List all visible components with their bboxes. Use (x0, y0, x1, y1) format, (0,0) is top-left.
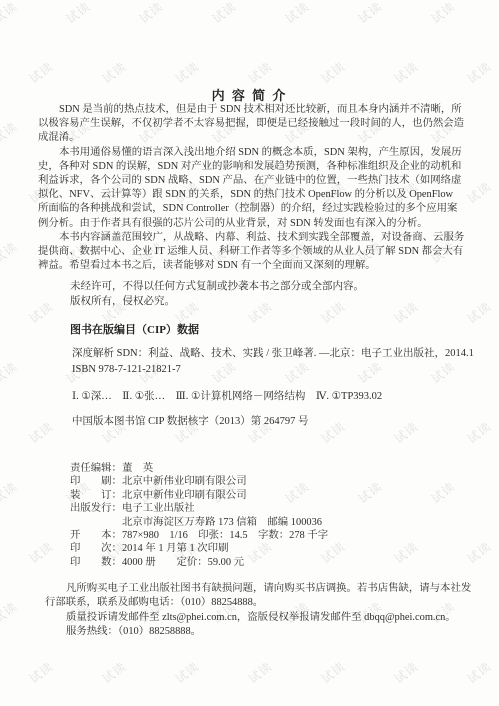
cip-entry: 深度解析 SDN：利益、战略、技术、实践 / 张卫峰著. —北京：电子工业出版社… (72, 346, 474, 377)
summary-line: 裨益。希望看过本书之后，读者能够对 SDN 有一个全面而又深刻的理解。 (38, 259, 464, 273)
cip-entry-line: 深度解析 SDN：利益、战略、技术、实践 / 张卫峰著. —北京：电子工业出版社… (72, 346, 474, 362)
watermark-text: 试读 (0, 118, 20, 147)
watermark-text: 试读 (318, 58, 349, 87)
purchase-notice: 凡所购买电子工业出版社图书有缺损问题，请向购买书店调换。若书店售缺，请与本社发行… (45, 582, 471, 640)
publication-line: 印 刷：北京中新伟业印刷有限公司 (70, 475, 328, 488)
watermark-text: 试读 (391, 298, 422, 327)
watermark-text: 试读 (0, 0, 20, 27)
watermark-text: 试读 (428, 0, 459, 27)
publication-line: 装 订：北京中新伟业印刷有限公司 (70, 489, 328, 502)
summary-line: 例分析。由于作者具有很强的芯片公司的从业背景，对 SDN 转发面也有深入的分析。 (38, 217, 464, 231)
watermark-text: 试读 (0, 478, 20, 507)
watermark-text: 试读 (428, 478, 459, 507)
watermark-text: 试读 (99, 658, 130, 687)
content-summary: SDN 是当前的热点技术，但是由于 SDN 技术相对还比较新，而且本身内涵并不清… (38, 103, 464, 273)
watermark-text: 试读 (391, 658, 422, 687)
cip-classification: Ⅰ. ①深… Ⅱ. ①张… Ⅲ. ①计算机网络－网络结构 Ⅳ. ①TP393.0… (72, 388, 382, 403)
watermark-text: 试读 (245, 58, 276, 87)
watermark-text: 试读 (172, 658, 203, 687)
watermark-text: 试读 (209, 0, 240, 27)
summary-line: 成混淆。 (38, 131, 464, 145)
watermark-text: 试读 (0, 598, 20, 627)
watermark-text: 试读 (63, 0, 94, 27)
watermark-text: 试读 (464, 178, 495, 207)
book-copyright-page: 试读试读试读试读试读试读试读试读试读试读试读试读试读试读试读试读试读试读试读试读… (0, 0, 499, 706)
notice-line: 凡所购买电子工业出版社图书有缺损问题，请向购买书店调换。若书店售缺，请与本社发 (45, 582, 471, 596)
copyright-line: 版权所有，侵权必究。 (70, 295, 364, 310)
summary-line: SDN 是当前的热点技术，但是由于 SDN 技术相对还比较新，而且本身内涵并不清… (38, 103, 464, 117)
publication-line: 出版发行：电子工业出版社 (70, 502, 328, 515)
watermark-text: 试读 (26, 298, 57, 327)
cip-record-number: 中国版本图书馆 CIP 数据核字（2013）第 264797 号 (72, 413, 308, 428)
watermark-text: 试读 (26, 538, 57, 567)
watermark-text: 试读 (26, 658, 57, 687)
watermark-text: 试读 (245, 658, 276, 687)
watermark-text: 试读 (464, 418, 495, 447)
watermark-text: 试读 (464, 658, 495, 687)
watermark-text: 试读 (464, 538, 495, 567)
watermark-text: 试读 (99, 58, 130, 87)
watermark-text: 试读 (391, 538, 422, 567)
watermark-text: 试读 (0, 238, 20, 267)
summary-line: 所面临的各种挑战和尝试，SDN Controller（控制器）的介绍，经过实践检… (38, 202, 464, 216)
watermark-text: 试读 (26, 58, 57, 87)
publication-info: 责任编辑：董 英印 刷：北京中新伟业印刷有限公司装 订：北京中新伟业印刷有限公司… (70, 462, 328, 569)
watermark-text: 试读 (136, 0, 167, 27)
watermark-text: 试读 (355, 0, 386, 27)
watermark-text: 试读 (391, 58, 422, 87)
copyright-line: 未经许可，不得以任何方式复制或抄袭本书之部分或全部内容。 (70, 280, 364, 295)
watermark-text: 试读 (282, 0, 313, 27)
summary-line: 拟化、NFV、云计算等）跟 SDN 的关系，SDN 的热门技术 OpenFlow… (38, 188, 464, 202)
copyright-notice: 未经许可，不得以任何方式复制或抄袭本书之部分或全部内容。版权所有，侵权必究。 (70, 280, 364, 309)
watermark-text: 试读 (172, 58, 203, 87)
publication-line: 开 本：787×980 1/16 印张：14.5 字数：278 千字 (70, 529, 328, 542)
notice-line: 服务热线：（010）88258888。 (45, 625, 471, 639)
cip-entry-line: ISBN 978-7-121-21821-7 (72, 362, 474, 378)
watermark-text: 试读 (355, 478, 386, 507)
notice-line: 行部联系，联系及邮购电话：（010）88254888。 (45, 596, 471, 610)
watermark-text: 试读 (26, 418, 57, 447)
watermark-text: 试读 (464, 58, 495, 87)
publication-line: 责任编辑：董 英 (70, 462, 328, 475)
watermark-text: 试读 (391, 418, 422, 447)
publication-line: 印 数：4000 册 定价：59.00 元 (70, 556, 328, 569)
summary-line: 以极容易产生误解，不仅初学者不太容易把握，即便是已经接触过一段时间的人，也仍然会… (38, 117, 464, 131)
cip-heading: 图书在版编目（CIP）数据 (70, 321, 199, 337)
summary-line: 本书用通俗易懂的语言深入浅出地介绍 SDN 的概念本质，SDN 架构，产生原因，… (38, 146, 464, 160)
summary-line: 本书内容涵盖范围较广，从战略、内幕、利益、技术到实践全部覆盖，对设备商、云服务 (38, 231, 464, 245)
publication-line: 印 次：2014 年 1 月第 1 次印刷 (70, 542, 328, 555)
watermark-text: 试读 (0, 358, 20, 387)
summary-line: 提供商、数据中心、企业 IT 运维人员、科研工作者等多个领域的从业人员了解 SD… (38, 245, 464, 259)
watermark-text: 试读 (464, 298, 495, 327)
summary-line: 利益诉求，各个公司的 SDN 战略、SDN 产品、在产业链中的位置，一些热门技术… (38, 174, 464, 188)
watermark-text: 试读 (318, 658, 349, 687)
notice-line: 质量投诉请发邮件至 zlts@phei.com.cn，盗版侵权举报请发邮件至 d… (45, 611, 471, 625)
watermark-text: 试读 (318, 418, 349, 447)
summary-line: 史，各种对 SDN 的误解，SDN 对产业的影响和发展趋势预测，各种标准组织及企… (38, 160, 464, 174)
page-title: 内 容 简 介 (0, 85, 499, 104)
publication-line: 北京市海淀区万寿路 173 信箱 邮编 100036 (70, 516, 328, 529)
